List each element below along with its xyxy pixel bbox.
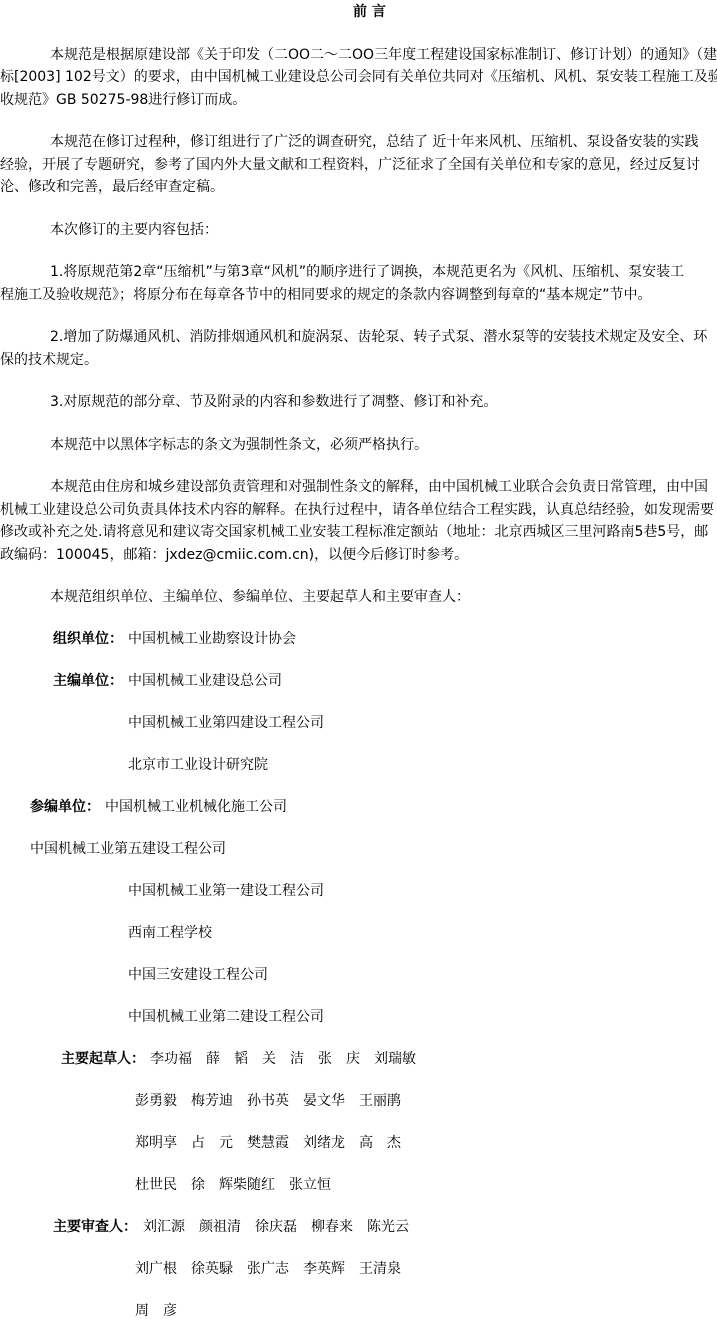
- chief-editor-row: 中国机械工业第四建设工程公司: [0, 712, 717, 735]
- reviewers-row: 周 彦: [0, 1300, 717, 1319]
- text-line: 程施工及验收规范》；将原分布在每章各节中的相同要求的规定的条款内容调整到每章的“…: [0, 284, 717, 307]
- text-line: 本次修订的主要内容包括：: [0, 219, 717, 242]
- text-line: 修改或补充之处.请将意见和建议寄交国家机械工业安装工程标准定额站（地址：北京西城…: [0, 521, 717, 544]
- text-line: 本规范组织单位、主编单位、参编单位、主要起草人和主要审查人：: [0, 586, 717, 609]
- organizer-name: 中国机械工业勘察设计协会: [128, 628, 296, 651]
- text-line: 1.将原规范第2章“压缩机”与第3章“风机”的顺序进行了调换，本规范更名为《风机…: [0, 261, 717, 284]
- page-title: 前 言: [0, 1, 717, 24]
- drafter-names: 彭勇毅 梅芳迪 孙书英 晏文华 王丽鹃: [135, 1090, 401, 1113]
- participant-row: 中国机械工业第二建设工程公司: [0, 1006, 717, 1029]
- paragraph-mandatory-clauses: 本规范中以黑体字标志的条文为强制性条文，必须严格执行。: [0, 434, 717, 457]
- credits-intro: 本规范组织单位、主编单位、参编单位、主要起草人和主要审查人：: [0, 586, 717, 609]
- participant-name: 中国机械工业机械化施工公司: [105, 796, 287, 819]
- text-line: 沦、修改和完善，最后经审查定稿。: [0, 176, 717, 199]
- drafter-names: 李功福 薛 韬 关 洁 张 庆 刘瑞敏: [150, 1048, 416, 1071]
- participant-name: 中国机械工业第一建设工程公司: [128, 880, 324, 903]
- reviewers-row: 刘广根 徐英騄 张广志 李英辉 王清泉: [0, 1258, 717, 1281]
- chief-editor-name: 中国机械工业第四建设工程公司: [128, 712, 324, 735]
- chief-editor-name: 中国机械工业建设总公司: [128, 670, 282, 693]
- participant-name: 西南工程学校: [128, 922, 212, 945]
- chief-editor-name: 北京市工业设计研究院: [128, 754, 268, 777]
- chief-editor-row: 北京市工业设计研究院: [0, 754, 717, 777]
- text-line: 保的技术规定。: [0, 349, 717, 372]
- reviewer-names: 刘汇源 颜祖清 徐庆磊 柳春来 陈光云: [143, 1216, 409, 1239]
- list-item-change-2: 2.增加了防爆通风机、消防排烟通风机和旋涡泵、齿轮泵、转子式泵、潜水泵等的安装技…: [0, 326, 717, 371]
- chief-editor-row: 主编单位： 中国机械工业建设总公司: [0, 670, 717, 693]
- text-line: 本规范是根据原建设部《关于印发（二OO二～二OO三年度工程建设国家标准制订、修订…: [0, 44, 717, 67]
- chief-editors-label: 主编单位：: [53, 670, 123, 693]
- text-line: 经验，开展了专题研究，参考了国内外大量文献和工程资料，广泛征求了全国有关单位和专…: [0, 154, 717, 177]
- text-line: 标[2003] 102号文）的要求，由中国机械工业建设总公司会同有关单位共同对《…: [0, 66, 717, 89]
- reviewers-row: 主要审查人： 刘汇源 颜祖清 徐庆磊 柳春来 陈光云: [0, 1216, 717, 1239]
- reviewer-names: 周 彦: [135, 1300, 177, 1319]
- text-line: 收规范》GB 50275-98进行修订而成。: [0, 89, 717, 112]
- participant-name: 中国机械工业第二建设工程公司: [128, 1006, 324, 1029]
- text-line: 2.增加了防爆通风机、消防排烟通风机和旋涡泵、齿轮泵、转子式泵、潜水泵等的安装技…: [0, 326, 717, 349]
- paragraph-basis: 本规范是根据原建设部《关于印发（二OO二～二OO三年度工程建设国家标准制订、修订…: [0, 44, 717, 112]
- text-line: 3.对原规范的部分章、节及附录的内容和参数进行了凋整、修订和补充。: [0, 391, 717, 414]
- text-line: 本规范中以黑体字标志的条文为强制性条文，必须严格执行。: [0, 434, 717, 457]
- participant-name: 中国机械工业第五建设工程公司: [30, 838, 226, 861]
- list-item-change-1: 1.将原规范第2章“压缩机”与第3章“风机”的顺序进行了调换，本规范更名为《风机…: [0, 261, 717, 306]
- drafters-label: 主要起草人：: [61, 1048, 145, 1071]
- drafters-row: 主要起草人： 李功福 薛 韬 关 洁 张 庆 刘瑞敏: [0, 1048, 717, 1071]
- drafters-row: 彭勇毅 梅芳迪 孙书英 晏文华 王丽鹃: [0, 1090, 717, 1113]
- text-line: 政编码：100045，邮箱：jxdez@cmiic.com.cn)，以便今后修订…: [0, 544, 717, 567]
- drafter-names: 郑明享 占 元 樊慧霞 刘绪龙 高 杰: [135, 1132, 401, 1155]
- text-line: 本规范在修订过程种，修订组进行了广泛的调查研究，总结了 近十年来风机、压缩机、泵…: [0, 131, 717, 154]
- text-line: 机械工业建设总公司负责具体技术内容的解释。在执行过程中，请各单位结合工程实践，认…: [0, 499, 717, 522]
- participants-label: 参编单位：: [30, 796, 100, 819]
- organizer-row: 组织单位： 中国机械工业勘察设计协会: [0, 628, 717, 651]
- participant-row: 参编单位： 中国机械工业机械化施工公司: [0, 796, 717, 819]
- participant-name: 中国三安建设工程公司: [128, 964, 268, 987]
- paragraph-main-changes-intro: 本次修订的主要内容包括：: [0, 219, 717, 242]
- list-item-change-3: 3.对原规范的部分章、节及附录的内容和参数进行了凋整、修订和补充。: [0, 391, 717, 414]
- organizer-label: 组织单位：: [53, 628, 123, 651]
- paragraph-management-contact: 本规范由住房和城乡建设部负责管理和对强制性条文的解释，由中国机械工业联合会负责日…: [0, 476, 717, 566]
- drafter-names: 杜世民 徐 辉柴随红 张立恒: [135, 1174, 331, 1197]
- drafters-row: 郑明享 占 元 樊慧霞 刘绪龙 高 杰: [0, 1132, 717, 1155]
- participant-row: 西南工程学校: [0, 922, 717, 945]
- text-line: 本规范由住房和城乡建设部负责管理和对强制性条文的解释，由中国机械工业联合会负责日…: [0, 476, 717, 499]
- paragraph-revision-process: 本规范在修订过程种，修订组进行了广泛的调查研究，总结了 近十年来风机、压缩机、泵…: [0, 131, 717, 199]
- preface-document: 前 言 本规范是根据原建设部《关于印发（二OO二～二OO三年度工程建设国家标准制…: [0, 0, 717, 1319]
- reviewer-names: 刘广根 徐英騄 张广志 李英辉 王清泉: [135, 1258, 401, 1281]
- participant-row: 中国三安建设工程公司: [0, 964, 717, 987]
- reviewers-label: 主要审查人：: [53, 1216, 137, 1239]
- participant-row: 中国机械工业第五建设工程公司: [0, 838, 717, 861]
- participant-row: 中国机械工业第一建设工程公司: [0, 880, 717, 903]
- drafters-row: 杜世民 徐 辉柴随红 张立恒: [0, 1174, 717, 1197]
